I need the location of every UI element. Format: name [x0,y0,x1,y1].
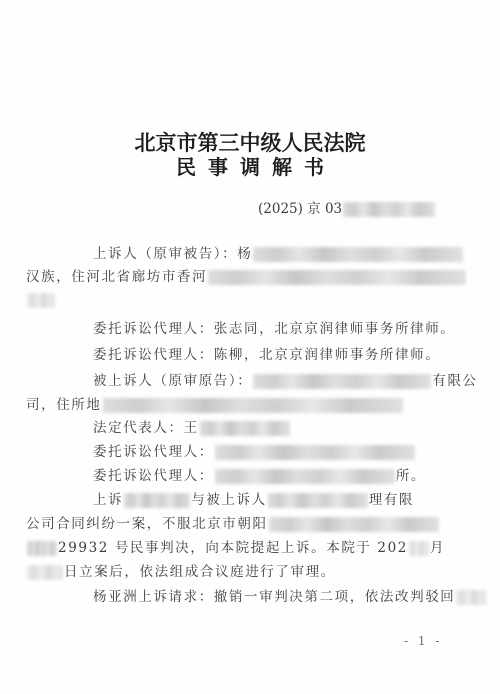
paragraph-text: 法定代表人：王 [93,420,199,436]
redacted-block [253,374,431,389]
paragraph-text-tail: 有限公 [432,373,477,389]
redacted-block [208,270,466,285]
paragraph-text: 日立案后，依法组成合议庭进行了审理。 [64,564,336,580]
paragraph-text-tail: 所。 [396,468,426,484]
paragraph-text: 被上诉人（原审原告）： [93,373,252,389]
case-number-prefix: (2025) 京 03 [258,201,342,217]
redacted-block [343,202,435,217]
paragraph-appellee: 被上诉人（原审原告）：有限公 [93,372,478,390]
paragraph-appellant-address: 汉族，住河北省廊坊市香河 [26,268,467,286]
document-page: 北京市第三中级人民法院 民事调解书 (2025) 京 03 上诉人（原审被告）：… [0,0,500,694]
paragraph-appellee-address: 司，住所地 [26,396,404,414]
paragraph-appellee-agent-2: 委托诉讼代理人：所。 [93,467,426,485]
paragraph-text-middle: 与被上诉人 [191,492,267,508]
redacted-block [456,590,486,605]
paragraph-appellant: 上诉人（原审被告）：杨 [93,245,464,263]
paragraph-text: 委托诉讼代理人： [93,468,214,484]
paragraph-text: 杨亚洲上诉请求：撤销一审判决第二项，依法改判驳回 [93,589,455,605]
paragraph-text: 上诉 [93,492,123,508]
paragraph-text: 29932 号民事判决，向本院提起上诉。本院于 202 [58,540,408,556]
redacted-block [409,541,429,556]
redacted-block [215,469,395,484]
paragraph-legal-representative: 法定代表人：王 [93,419,291,437]
paragraph-case-intro-cont: 公司合同纠纷一案，不服北京市朝阳 [26,515,440,533]
paragraph-agent-1: 委托诉讼代理人：张志同，北京京润律师事务所律师。 [93,320,455,338]
paragraph-text-tail: 月 [430,540,445,556]
redacted-block [27,565,63,580]
redacted-block [27,293,55,308]
redacted-block [27,541,57,556]
redacted-block [124,493,190,508]
paragraph-appellant-address-cont [26,291,56,309]
page-number: - 1 - [404,634,442,648]
paragraph-text: 司，住所地 [26,397,102,413]
paragraph-agent-2: 委托诉讼代理人：陈柳，北京京润律师事务所律师。 [93,346,440,364]
paragraph-case-intro-cont3: 日立案后，依法组成合议庭进行了审理。 [26,563,336,581]
document-type-heading: 民事调解书 [0,155,500,179]
court-name-heading: 北京市第三中级人民法院 [0,131,500,155]
paragraph-case-intro-cont2: 29932 号民事判决，向本院提起上诉。本院于 202月 [26,539,445,557]
redacted-block [200,421,290,436]
paragraph-appellee-agent-1: 委托诉讼代理人： [93,443,416,461]
case-number: (2025) 京 03 [258,200,436,218]
paragraph-text: 委托诉讼代理人： [93,444,214,460]
paragraph-case-intro: 上诉与被上诉人理有限 [93,491,414,509]
redacted-block [215,445,415,460]
redacted-block [269,517,439,532]
paragraph-text: 汉族，住河北省廊坊市香河 [26,269,207,285]
redacted-block [268,493,368,508]
paragraph-text: 上诉人（原审被告）：杨 [93,246,252,262]
paragraph-text-tail: 理有限 [369,492,414,508]
redacted-block [103,398,403,413]
redacted-block [253,247,463,262]
paragraph-appeal-claim: 杨亚洲上诉请求：撤销一审判决第二项，依法改判驳回 [93,588,487,606]
paragraph-text: 公司合同纠纷一案，不服北京市朝阳 [26,516,268,532]
